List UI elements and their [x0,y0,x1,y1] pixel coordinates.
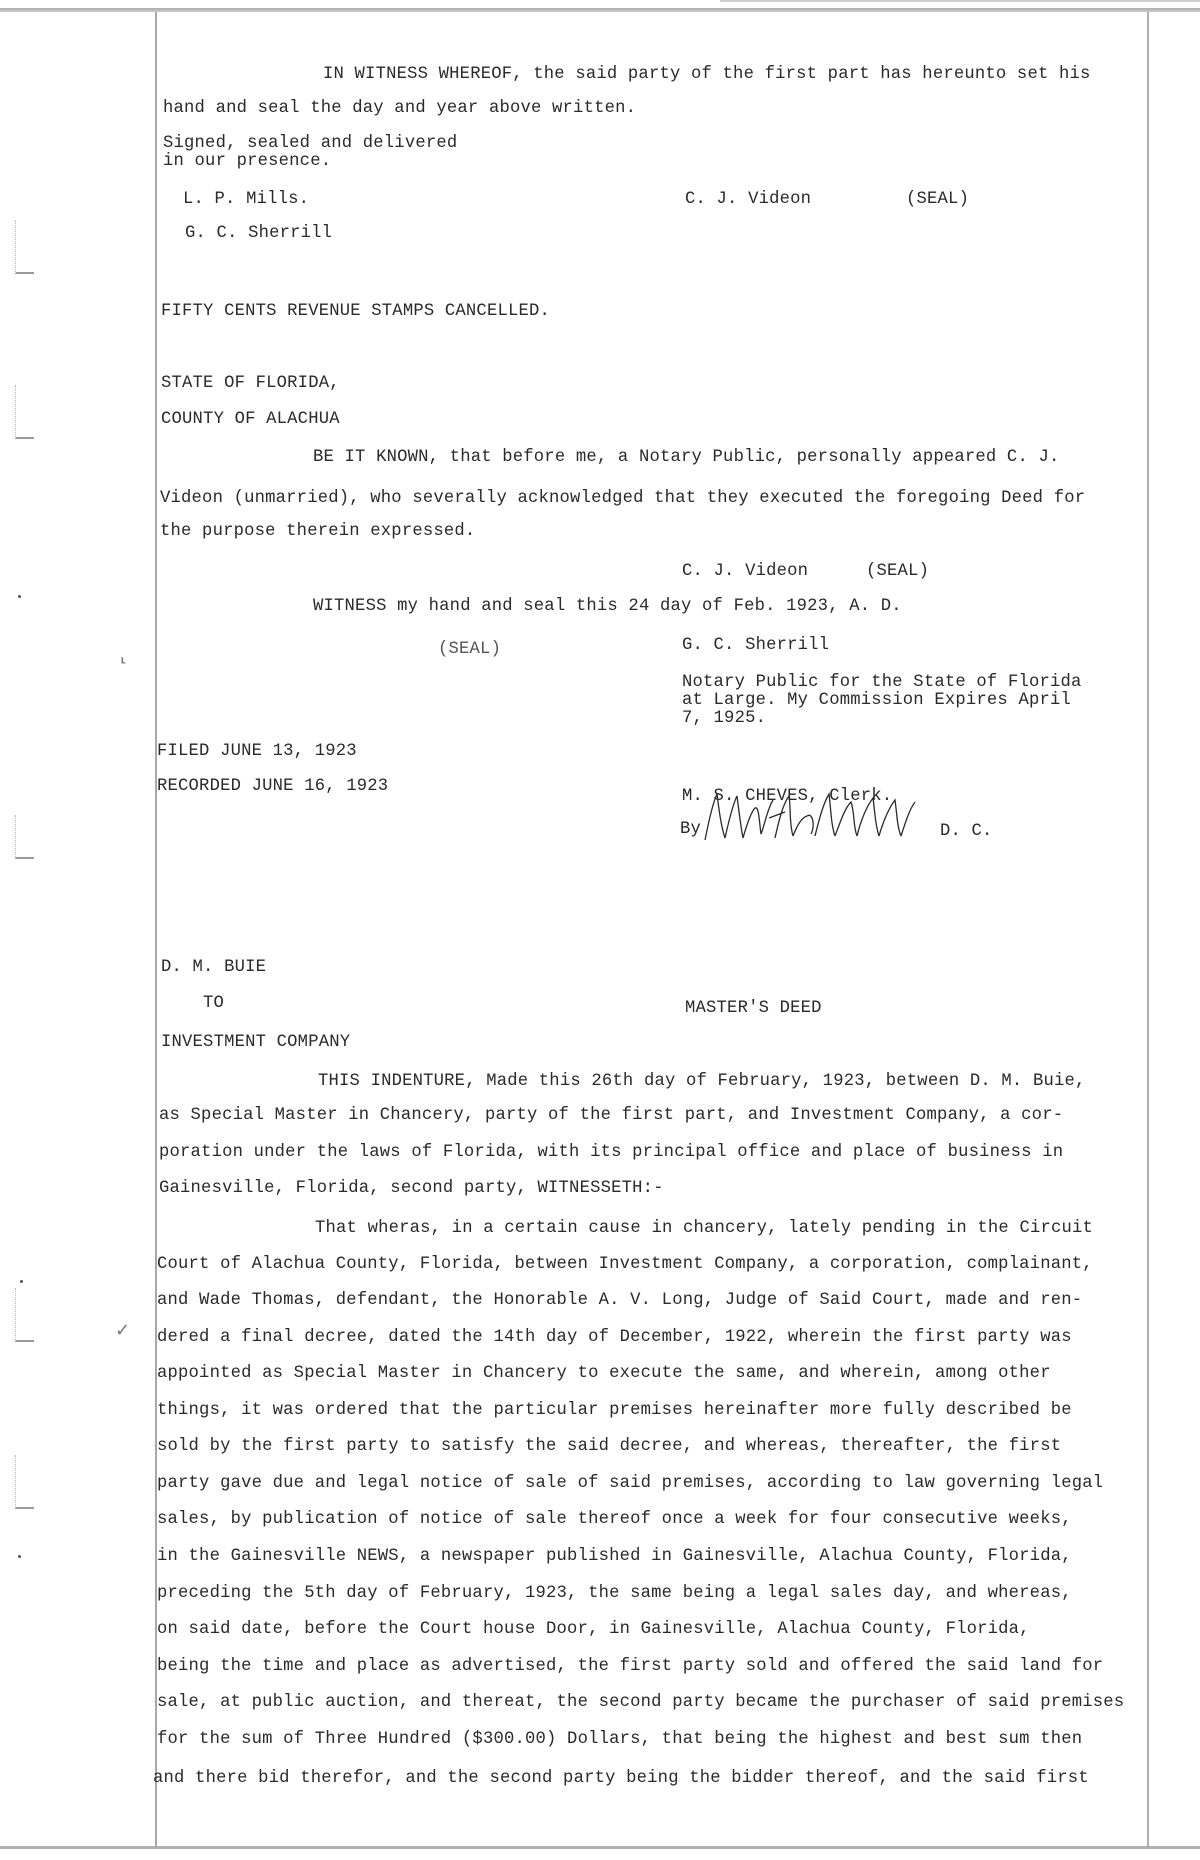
recital-line-16: and there bid therefor, and the second p… [153,1769,1089,1789]
bottom-page-border [0,1846,1200,1849]
deed-grantee: INVESTMENT COMPANY [161,1033,350,1053]
recital-line-10: in the Gainesville NEWS, a newspaper pub… [157,1547,1072,1567]
notary-title-line3: 7, 1925. [682,709,766,729]
binder-hole-mark [15,815,34,859]
state-heading: STATE OF FLORIDA, [161,374,340,394]
binder-hole-mark [15,385,34,439]
witness-clause-line1: IN WITNESS WHEREOF, the said party of th… [323,65,1091,85]
notary-name: G. C. Sherrill [682,636,829,656]
left-margin-rule [155,12,157,1847]
ink-speck [18,1555,21,1558]
recital-line-9: sales, by publication of notice of sale … [157,1510,1072,1530]
grantor-seal: (SEAL) [906,190,969,210]
indenture-line-3: poration under the laws of Florida, with… [159,1143,1063,1163]
witness-name-2: G. C. Sherrill [185,224,332,244]
recital-line-13: being the time and place as advertised, … [157,1657,1103,1677]
grantor-signature-name: C. J. Videon [685,190,811,210]
notary-seal: (SEAL) [438,640,501,660]
recital-line-2: Court of Alachua County, Florida, betwee… [157,1255,1093,1275]
notary-witness-line: WITNESS my hand and seal this 24 day of … [313,597,902,617]
margin-check-mark-icon: ⸤ [120,645,127,666]
recital-line-8: party gave due and legal notice of sale … [157,1474,1103,1494]
deed-to-label: TO [203,994,224,1014]
signed-sealed-line1: Signed, sealed and delivered [163,134,457,154]
acknowledgment-line2: Videon (unmarried), who severally acknow… [160,489,1085,509]
notary-title-line2: at Large. My Commission Expires April [682,691,1071,711]
revenue-stamps-note: FIFTY CENTS REVENUE STAMPS CANCELLED. [161,302,550,322]
witness-name-1: L. P. Mills. [183,190,309,210]
binder-hole-mark [15,1455,34,1509]
top-page-border [0,8,1200,12]
recital-line-1: That wheras, in a certain cause in chanc… [315,1219,1093,1239]
recital-line-15: for the sum of Three Hundred ($300.00) D… [157,1730,1082,1750]
deed-grantor: D. M. BUIE [161,958,266,978]
deputy-clerk-label: D. C. [940,822,993,842]
recital-line-12: on said date, before the Court house Doo… [157,1620,1030,1640]
deed-title: MASTER'S DEED [685,999,822,1019]
recital-line-5: appointed as Special Master in Chancery … [157,1364,1051,1384]
deed-record-page: ⸤ ✓ IN WITNESS WHEREOF, the said party o… [0,0,1200,1860]
by-label: By [680,820,701,840]
county-heading: COUNTY OF ALACHUA [161,410,340,430]
top-edge-shadow [720,0,1200,2]
acknowledgment-line3: the purpose therein expressed. [160,522,475,542]
ink-speck [20,1280,23,1283]
acknowledgment-line1: BE IT KNOWN, that before me, a Notary Pu… [313,448,1060,468]
notary-title-line1: Notary Public for the State of Florida [682,673,1082,693]
signed-sealed-line2: in our presence. [163,152,331,172]
recital-line-6: things, it was ordered that the particul… [157,1401,1072,1421]
indenture-line-2: as Special Master in Chancery, party of … [159,1106,1063,1126]
recital-line-3: and Wade Thomas, defendant, the Honorabl… [157,1291,1082,1311]
recital-line-11: preceding the 5th day of February, 1923,… [157,1584,1072,1604]
recital-line-7: sold by the first party to satisfy the s… [157,1437,1061,1457]
indenture-line-4: Gainesville, Florida, second party, WITN… [159,1179,664,1199]
acknowledgment-signer-seal: (SEAL) [866,562,929,582]
recorded-date: RECORDED JUNE 16, 1923 [157,777,388,797]
right-margin-rule [1147,12,1149,1847]
deputy-clerk-signature-icon [703,790,918,844]
margin-check-mark-icon: ✓ [115,1320,130,1341]
indenture-line-1: THIS INDENTURE, Made this 26th day of Fe… [318,1072,1086,1092]
recital-line-14: sale, at public auction, and thereat, th… [157,1693,1124,1713]
acknowledgment-signer: C. J. Videon [682,562,808,582]
ink-speck [18,595,21,598]
binder-hole-mark [15,220,34,274]
binder-hole-mark [15,1288,34,1342]
filed-date: FILED JUNE 13, 1923 [157,742,357,762]
recital-line-4: dered a final decree, dated the 14th day… [157,1328,1072,1348]
witness-clause-line2: hand and seal the day and year above wri… [163,99,636,119]
